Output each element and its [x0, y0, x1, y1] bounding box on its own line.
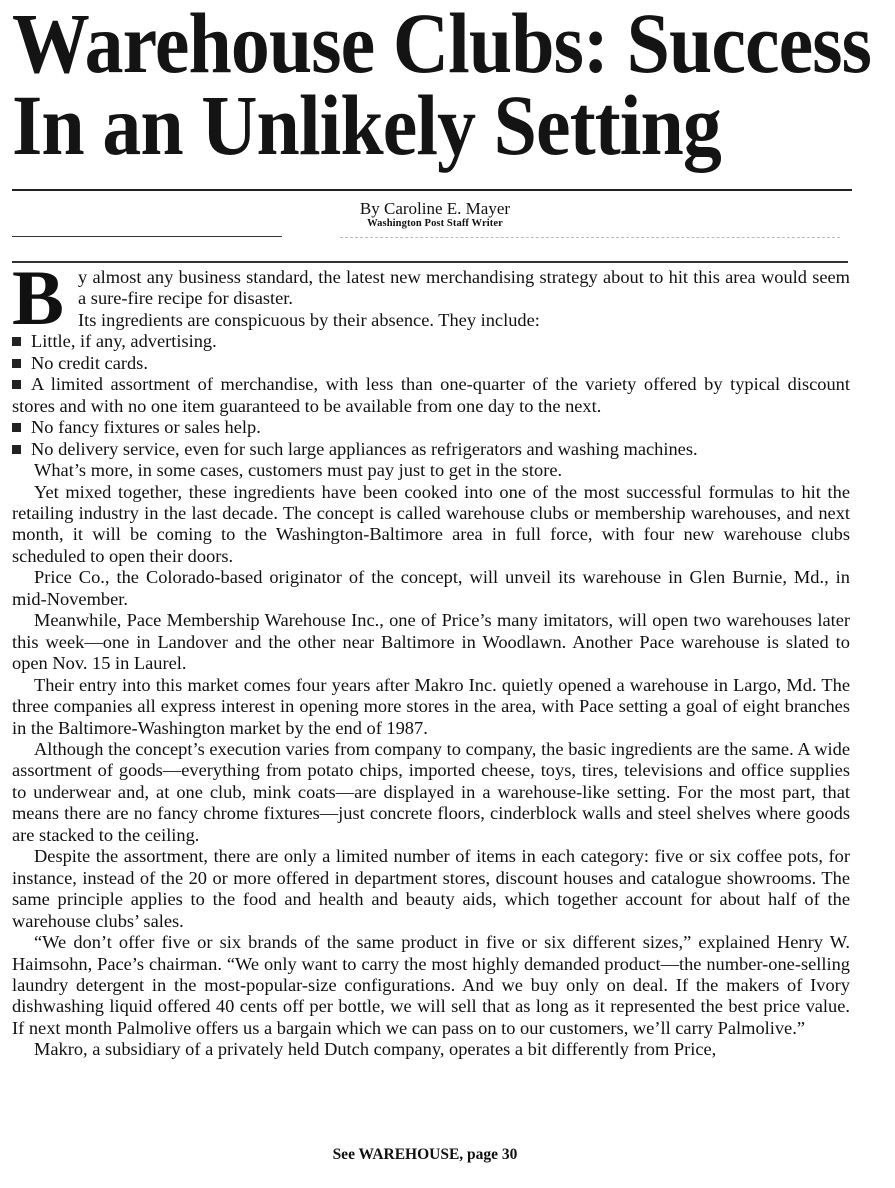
paragraph: Meanwhile, Pace Membership Warehouse Inc…	[12, 610, 850, 674]
headline-rule	[12, 189, 852, 191]
article-body: By almost any business standard, the lat…	[12, 267, 850, 1061]
paragraph: Their entry into this market comes four …	[12, 675, 850, 739]
square-bullet-icon	[12, 445, 21, 454]
bullet-item: Little, if any, advertising.	[12, 331, 850, 352]
headline-line-1: Warehouse Clubs: Success	[12, 2, 772, 84]
byline-affiliation: Washington Post Staff Writer	[0, 218, 870, 230]
byline-rule-right	[340, 237, 840, 238]
paragraph: What’s more, in some cases, customers mu…	[12, 460, 850, 481]
paragraph: Price Co., the Colorado-based originator…	[12, 567, 850, 610]
bullet-item: No delivery service, even for such large…	[12, 439, 850, 460]
square-bullet-icon	[12, 359, 21, 368]
bullet-item: No credit cards.	[12, 353, 850, 374]
paragraph: Yet mixed together, these ingredients ha…	[12, 482, 850, 568]
body-rule	[12, 261, 848, 263]
headline-line-2: In an Unlikely Setting	[12, 84, 772, 166]
lead-paragraph: By almost any business standard, the lat…	[12, 267, 850, 310]
square-bullet-icon	[12, 423, 21, 432]
headline: Warehouse Clubs: Success In an Unlikely …	[12, 2, 852, 166]
paragraph: Although the concept’s execution varies …	[12, 739, 850, 846]
square-bullet-icon	[12, 380, 21, 389]
bullet-item: A limited assortment of merchandise, wit…	[12, 374, 850, 417]
paragraph: Despite the assortment, there are only a…	[12, 846, 850, 932]
lead-text: y almost any business standard, the late…	[78, 267, 850, 308]
byline-author: By Caroline E. Mayer	[0, 199, 870, 218]
lead-paragraph-2: Its ingredients are conspicuous by their…	[12, 310, 850, 331]
paragraph: “We don’t offer five or six brands of th…	[12, 932, 850, 1039]
continuation-jump-line[interactable]: See WAREHOUSE, page 30	[0, 1146, 850, 1164]
byline: By Caroline E. Mayer Washington Post Sta…	[0, 199, 870, 230]
drop-cap: B	[12, 269, 64, 327]
paragraph: Makro, a subsidiary of a privately held …	[12, 1039, 850, 1060]
square-bullet-icon	[12, 337, 21, 346]
byline-rule-left	[12, 236, 282, 237]
bullet-item: No fancy fixtures or sales help.	[12, 417, 850, 438]
